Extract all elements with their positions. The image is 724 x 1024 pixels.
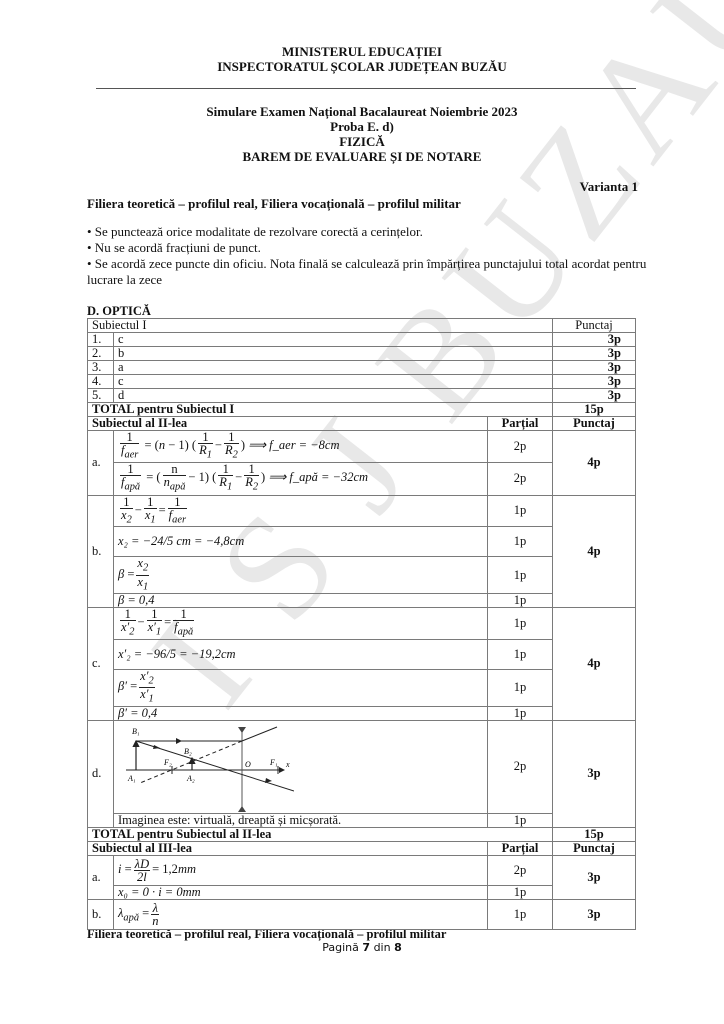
section-title: D. OPTICĂ [87,304,151,319]
filiera-heading: Filiera teoretică – profilul real, Filie… [87,196,461,212]
formula: x₂ = −24/5 cm = −4,8cm [114,527,488,557]
table-row: a. i =λD2l= 1,2mm 2p 3p [88,855,636,885]
partial-points: 1p [488,813,553,827]
item-number: 3. [88,361,114,375]
grading-table: Subiectul I Punctaj 1. c 3p 2. b 3p 3. a… [87,318,636,930]
item-label: a. [88,855,114,899]
item-points: 4p [553,431,636,496]
table-row: 1. c 3p [88,333,636,347]
partial-points: 1p [488,899,553,929]
grading-rules: • Se punctează orice modalitate de rezol… [87,224,647,288]
item-number: 5. [88,389,114,403]
partial-points: 1p [488,885,553,899]
lens-formula-water: 1fapă = (nnapă− 1) (1R1−1R2) ⟹ f_apă = −… [118,470,368,484]
label-F1: F₁ [269,758,278,767]
header-divider [96,88,636,89]
central-fringe-position: x₀ = 0 · i = 0mm [118,885,201,899]
table-row: 2. b 3p [88,347,636,361]
item-answer: c [114,333,553,347]
item-points: 3p [553,855,636,899]
item-answer: b [114,347,553,361]
formula: β′ =x′2x′1 [114,669,488,706]
wavelength-water-formula: λapă =λn [118,906,161,920]
exam-title: Simulare Examen Național Bacalaureat Noi… [0,104,724,119]
varianta-label: Varianta 1 [580,179,638,195]
partial-points: 1p [488,594,553,608]
table-row: b. λapă =λn 1p 3p [88,899,636,929]
formula: i =λD2l= 1,2mm [114,855,488,885]
total-points: 15p [553,403,636,417]
formula: 1x2−1x1=1faer [114,495,488,527]
item-points: 3p [553,333,636,347]
conjugate-points-formula-water: 1x′2−1x′1=1fapă [118,615,196,629]
item-points: 3p [553,347,636,361]
page-of: din [374,941,391,954]
exam-subject: FIZICĂ [0,134,724,149]
partial-points: 1p [488,495,553,527]
partial-points: 1p [488,527,553,557]
image-position-water: x′₂ = −96/5 = −19,2cm [118,647,236,661]
item-number: 1. [88,333,114,347]
item-points: 4p [553,608,636,721]
points-header: Punctaj [553,319,636,333]
formula-result: ⟹ f_apă = −32cm [268,470,368,484]
conjugate-points-formula-air: 1x2−1x1=1faer [118,503,189,517]
item-number: 4. [88,375,114,389]
ministry-title: MINISTERUL EDUCAȚIEI [0,44,724,59]
total-label: TOTAL pentru Subiectul al II-lea [88,827,553,841]
item-points: 4p [553,495,636,608]
formula: λapă =λn [114,899,488,929]
diverging-lens-ray-diagram: B₁ B₂ A₁ A₂ F₂ F₁ O x [114,721,294,813]
lens-formula-air: 1faer = (n − 1) (1R1−1R2) ⟹ f_aer = −8cm [118,438,340,452]
fringe-width-formula: i =λD2l= 1,2mm [118,862,196,876]
partial-points: 1p [488,669,553,706]
page-current: 7 [362,941,370,954]
page-word: Pagină [322,941,359,954]
item-points: 3p [553,720,636,827]
total-label: TOTAL pentru Subiectul I [88,403,553,417]
subiect2-header: Subiectul al II-lea [88,417,488,431]
partial-points: 1p [488,639,553,669]
item-number: 2. [88,347,114,361]
inspectorate-title: INSPECTORATUL ȘCOLAR JUDEȚEAN BUZĂU [0,59,724,74]
points-header: Punctaj [553,417,636,431]
page-number: Pagină 7 din 8 [0,941,724,954]
formula: x′₂ = −96/5 = −19,2cm [114,639,488,669]
exam-proba: Proba E. d) [0,119,724,134]
formula: β = 0,4 [114,594,488,608]
label-x: x [285,760,290,769]
table-row: a. 1faer = (n − 1) (1R1−1R2) ⟹ f_aer = −… [88,431,636,463]
partial-points: 2p [488,720,553,813]
item-points: 3p [553,375,636,389]
partial-points: 2p [488,855,553,885]
partial-points: 2p [488,431,553,463]
table-row: c. 1x′2−1x′1=1fapă 1p 4p [88,608,636,640]
rule-item: • Nu se acordă fracțiuni de punct. [87,240,647,256]
image-conclusion: Imaginea este: virtuală, dreaptă și micș… [114,813,488,827]
page-total: 8 [394,941,402,954]
table-header-row: Subiectul al II-lea Parțial Punctaj [88,417,636,431]
magnification-value-water: β′ = 0,4 [118,706,157,720]
exam-doc-type: BAREM DE EVALUARE ȘI DE NOTARE [0,149,724,164]
item-answer: a [114,361,553,375]
item-label: c. [88,608,114,721]
table-row: 4. c 3p [88,375,636,389]
formula-result: ⟹ f_aer = −8cm [248,438,339,452]
magnification-value: β = 0,4 [118,593,155,607]
label-B1: B₁ [132,727,140,736]
formula: 1x′2−1x′1=1fapă [114,608,488,640]
item-answer: c [114,375,553,389]
item-label: b. [88,495,114,608]
table-header-row: Subiectul I Punctaj [88,319,636,333]
total-row: TOTAL pentru Subiectul I 15p [88,403,636,417]
subiect3-header: Subiectul al III-lea [88,841,488,855]
subiect1-header: Subiectul I [88,319,553,333]
exam-heading: Simulare Examen Național Bacalaureat Noi… [0,104,724,164]
table-header-row: Subiectul al III-lea Parțial Punctaj [88,841,636,855]
table-row: 5. d 3p [88,389,636,403]
rule-item: • Se acordă zece puncte din oficiu. Nota… [87,256,647,288]
table-row: b. 1x2−1x1=1faer 1p 4p [88,495,636,527]
label-B2: B₂ [184,747,192,756]
partial-points: 1p [488,608,553,640]
points-header: Punctaj [553,841,636,855]
rule-item: • Se punctează orice modalitate de rezol… [87,224,647,240]
partial-points: 2p [488,462,553,495]
item-answer: d [114,389,553,403]
item-points: 3p [553,389,636,403]
partial-points: 1p [488,706,553,720]
formula: x₀ = 0 · i = 0mm [114,885,488,899]
magnification-formula-water: β′ =x′2x′1 [118,679,157,693]
item-points: 3p [553,361,636,375]
label-A2: A₂ [186,774,195,783]
formula: β =x2x1 [114,557,488,594]
item-label: b. [88,899,114,929]
total-row: TOTAL pentru Subiectul al II-lea 15p [88,827,636,841]
formula: β′ = 0,4 [114,706,488,720]
label-F2: F₂ [163,758,172,767]
formula: 1fapă = (nnapă− 1) (1R1−1R2) ⟹ f_apă = −… [114,462,488,495]
image-position-air: x₂ = −24/5 cm = −4,8cm [118,534,244,548]
magnification-formula: β =x2x1 [118,567,151,581]
table-row: d. [88,720,636,813]
item-points: 3p [553,899,636,929]
label-A1: A₁ [127,774,136,783]
total-points: 15p [553,827,636,841]
label-O: O [245,760,251,769]
document-page: I S J BUZAU MINISTERUL EDUCAȚIEI INSPECT… [0,0,724,1024]
item-label: d. [88,720,114,827]
partial-header: Parțial [488,841,553,855]
partial-header: Parțial [488,417,553,431]
ray-diagram-cell: B₁ B₂ A₁ A₂ F₂ F₁ O x [114,720,488,813]
partial-points: 1p [488,557,553,594]
formula: 1faer = (n − 1) (1R1−1R2) ⟹ f_aer = −8cm [114,431,488,463]
table-row: 3. a 3p [88,361,636,375]
item-label: a. [88,431,114,496]
